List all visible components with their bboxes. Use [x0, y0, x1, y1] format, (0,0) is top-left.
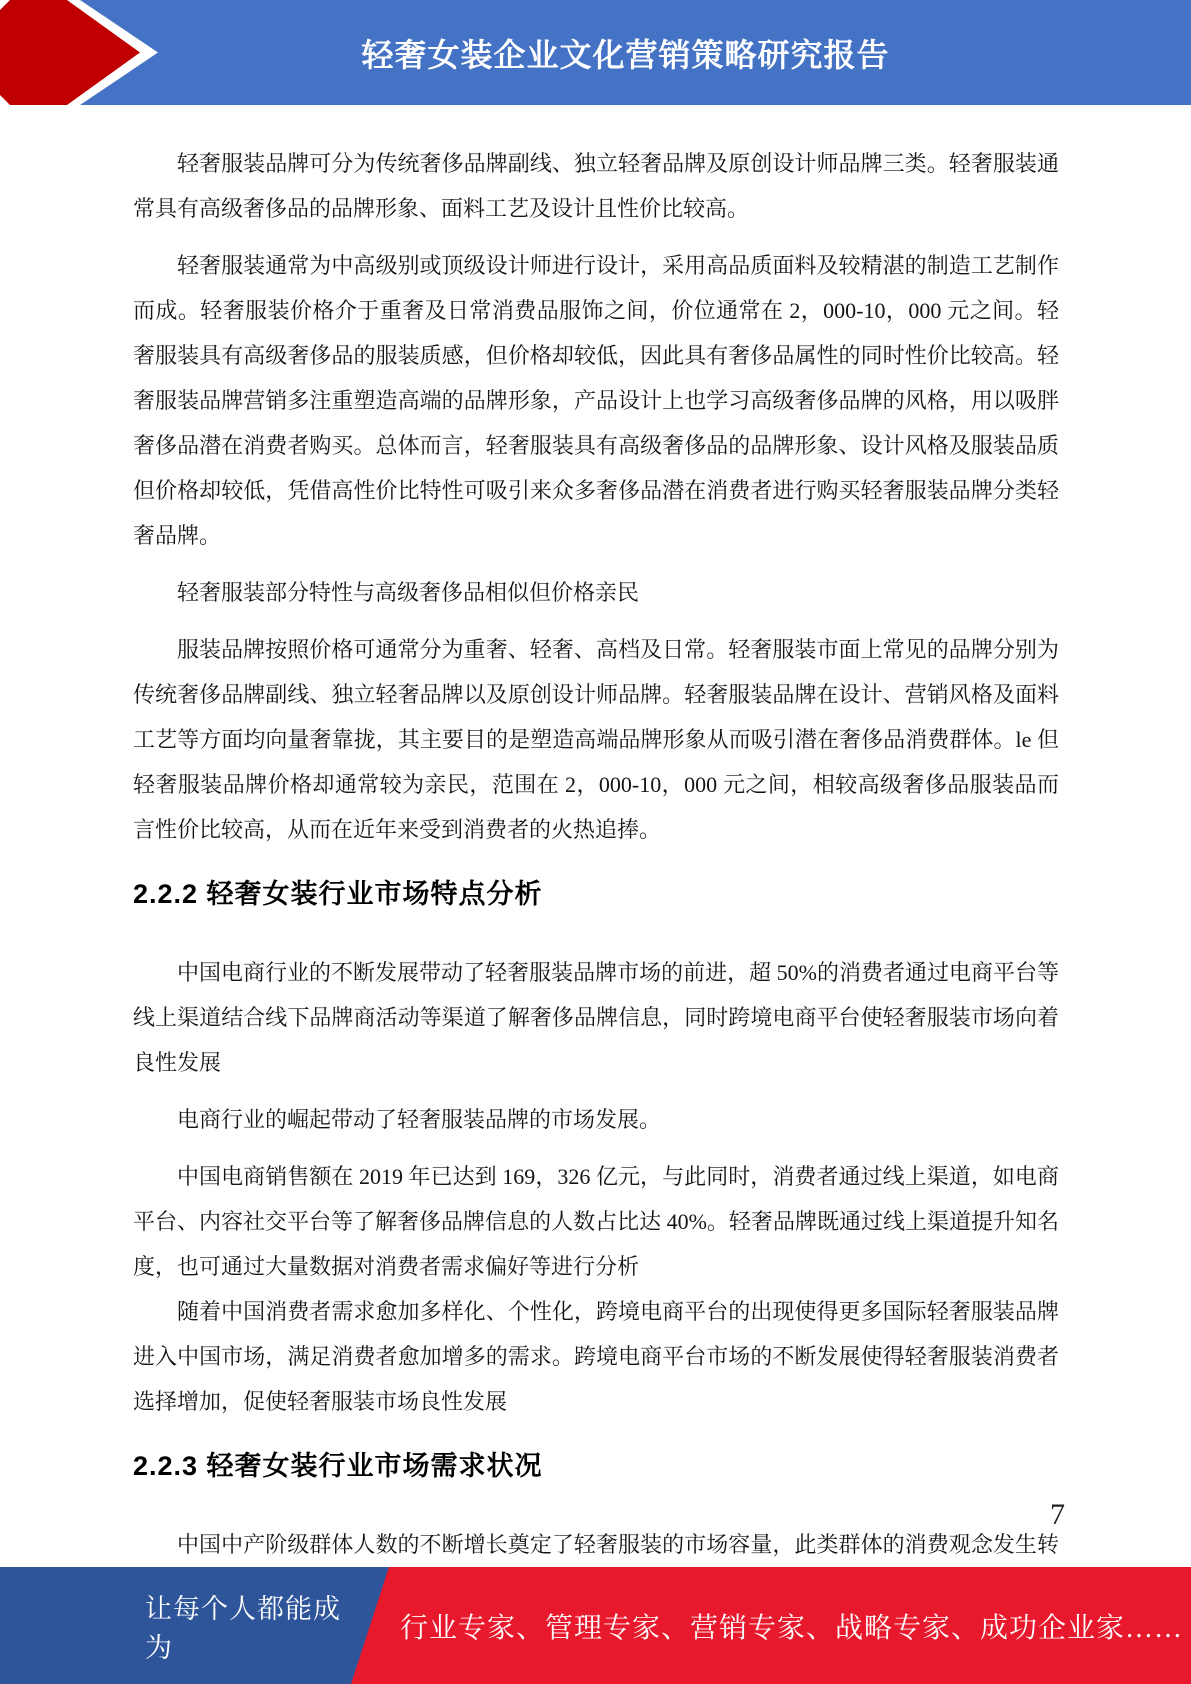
paragraph-design-and-price: 轻奢服装通常为中高级别或顶级设计师进行设计，采用高品质面料及较精湛的制造工艺制作…	[133, 243, 1059, 558]
page-number: 7	[1050, 1498, 1065, 1532]
header-banner: 轻奢女装企业文化营销策略研究报告	[0, 0, 1191, 105]
paragraph-ecommerce-sales: 中国电商销售额在 2019 年已达到 169，326 亿元，与此同时，消费者通过…	[133, 1154, 1059, 1289]
section-heading-2-2-3: 2.2.3 轻奢女装行业市场需求状况	[133, 1446, 1059, 1486]
paragraph-crossborder-platforms: 随着中国消费者需求愈加多样化、个性化，跨境电商平台的出现使得更多国际轻奢服装品牌…	[133, 1289, 1059, 1424]
paragraph-ecommerce-growth: 中国电商行业的不断发展带动了轻奢服装品牌市场的前进，超 50%的消费者通过电商平…	[133, 950, 1059, 1085]
report-page: 轻奢女装企业文化营销策略研究报告 轻奢服装品牌可分为传统奢侈品牌副线、独立轻奢品…	[0, 0, 1191, 1684]
footer-slogan-left: 让每个人都能成为	[145, 1567, 360, 1684]
report-title: 轻奢女装企业文化营销策略研究报告	[0, 0, 1191, 105]
section-heading-2-2-2: 2.2.2 轻奢女装行业市场特点分析	[133, 874, 1059, 914]
paragraph-brand-categories: 轻奢服装品牌可分为传统奢侈品牌副线、独立轻奢品牌及原创设计师品牌三类。轻奢服装通…	[133, 141, 1059, 231]
paragraph-price-tiers: 服装品牌按照价格可通常分为重奢、轻奢、高档及日常。轻奢服装市面上常见的品牌分别为…	[133, 627, 1059, 852]
paragraph-similar-but-affordable: 轻奢服装部分特性与高级奢侈品相似但价格亲民	[133, 570, 1059, 615]
footer-slogan-right: 行业专家、管理专家、营销专家、战略专家、成功企业家……	[400, 1567, 1160, 1684]
paragraph-ecommerce-rise: 电商行业的崛起带动了轻奢服装品牌的市场发展。	[133, 1097, 1059, 1142]
document-body: 轻奢服装品牌可分为传统奢侈品牌副线、独立轻奢品牌及原创设计师品牌三类。轻奢服装通…	[0, 105, 1191, 1612]
footer-banner: 让每个人都能成为 行业专家、管理专家、营销专家、战略专家、成功企业家……	[0, 1567, 1191, 1684]
